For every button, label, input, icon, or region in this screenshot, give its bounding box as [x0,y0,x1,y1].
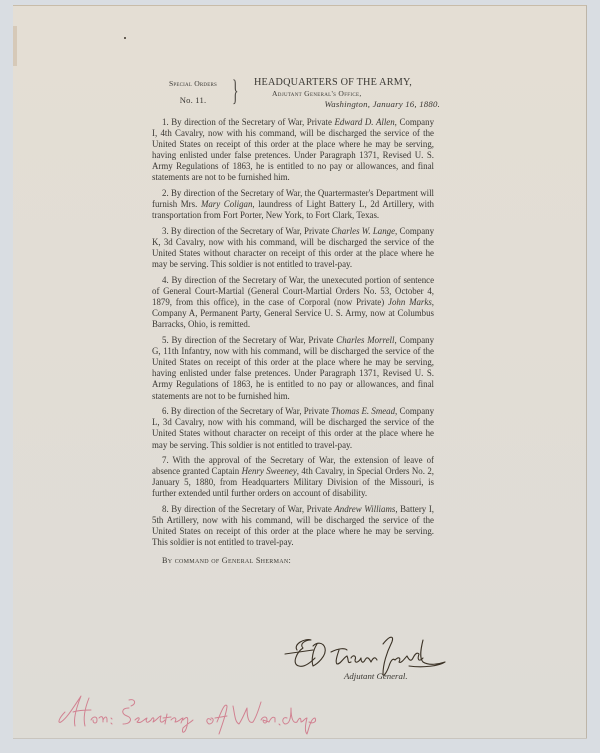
order-designation: Special Orders No. 11. [152,78,234,106]
person-name: Thomas E. Smead [331,406,395,416]
paragraph-text: By direction of the Secretary of War, Pr… [171,335,336,345]
order-paragraph: 2. By direction of the Secretary of War,… [152,188,434,221]
order-paragraph: 3. By direction of the Secretary of War,… [152,226,434,270]
person-name: Henry Sweeney [242,466,297,476]
person-name: John Marks [388,297,432,307]
paragraph-number: 3. [162,226,171,236]
paragraph-number: 2. [162,188,171,198]
order-paragraph: 8. By direction of the Secretary of War,… [152,504,434,548]
order-paragraph: 1. By direction of the Secretary of War,… [152,117,434,184]
pencil-annotation: Hon: Secretary of War, dup [58,700,306,720]
paragraph-text: By direction of the Secretary of War, Pr… [171,504,334,514]
command-line: By command of General Sherman: [162,555,434,566]
paragraph-text: By direction of the Secretary of War, Pr… [171,226,332,236]
order-paragraph: 4. By direction of the Secretary of War,… [152,275,434,330]
place-date: Washington, January 16, 1880. [254,99,444,110]
order-paragraph: 5. By direction of the Secretary of War,… [152,335,434,402]
special-orders-label: Special Orders [152,78,234,90]
headquarters-block: HEADQUARTERS OF THE ARMY, Adjutant Gener… [254,76,444,110]
place: Washington [325,99,368,109]
person-name: Edward D. Allen [335,117,395,127]
order-number: No. 11. [152,94,234,106]
headquarters-title: HEADQUARTERS OF THE ARMY, [254,77,412,88]
paragraph-text: By direction of the Secretary of War, Pr… [171,406,331,416]
person-name: Charles Morrell [336,335,394,345]
paper-speck [124,37,126,39]
signature-title: Adjutant General. [344,671,408,681]
brace-icon: } [232,76,238,106]
person-name: Andrew Williams [334,504,395,514]
paragraph-number: 1. [162,117,171,127]
date: January 16, 1880. [373,99,440,109]
person-name: Charles W. Lange [331,226,395,236]
order-paragraphs: 1. By direction of the Secretary of War,… [152,117,434,549]
special-orders-document: Special Orders No. 11. } HEADQUARTERS OF… [152,78,434,566]
order-paragraph: 6. By direction of the Secretary of War,… [152,406,434,450]
paragraph-number: 8. [162,504,171,514]
paragraph-number: 6. [162,406,171,416]
paragraph-number: 7. [162,455,173,465]
office-name: Adjutant General's Office, [254,89,444,99]
document-header: Special Orders No. 11. } HEADQUARTERS OF… [152,78,434,111]
paragraph-text: By direction of the Secretary of War, Pr… [171,117,334,127]
person-name: Mary Coligan [201,199,252,209]
order-paragraph: 7. With the approval of the Secretary of… [152,455,434,499]
